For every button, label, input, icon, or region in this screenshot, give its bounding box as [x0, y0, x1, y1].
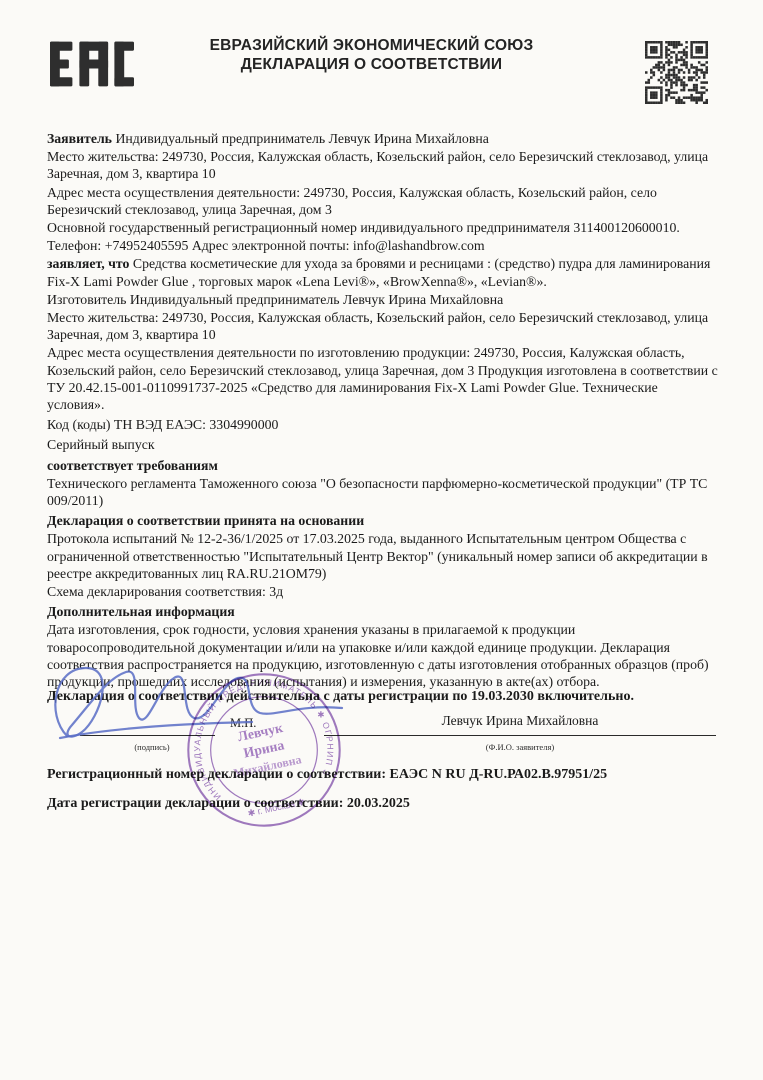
- qr-code-icon: [645, 41, 708, 104]
- body-paragraph: Дополнительная информация: [47, 603, 718, 620]
- body-paragraph: Технического регламента Таможенного союз…: [47, 475, 718, 509]
- registration-date-line: Дата регистрации декларации о соответств…: [47, 795, 718, 813]
- fio-caption: (Ф.И.О. заявителя): [324, 738, 716, 756]
- body-paragraph: Схема декларирования соответствия: 3д: [47, 583, 718, 600]
- eac-mark-icon: [50, 33, 134, 95]
- registration-number-line: Регистрационный номер декларации о соотв…: [47, 766, 718, 784]
- fio-line: [324, 735, 716, 736]
- body-paragraph: Адрес места осуществления деятельности п…: [47, 344, 718, 413]
- body-paragraph: Место жительства: 249730, Россия, Калужс…: [47, 148, 718, 182]
- body-text: Заявитель Индивидуальный предприниматель…: [47, 130, 718, 691]
- doc-type-title: ДЕКЛАРАЦИЯ О СООТВЕТСТВИИ: [140, 55, 603, 74]
- body-paragraph: Дата изготовления, срок годности, услови…: [47, 621, 718, 690]
- signature-row: М.П. (подпись) Левчук Ирина Михайловна (…: [47, 708, 718, 756]
- body-paragraph: Декларация о соответствии принята на осн…: [47, 512, 718, 529]
- body-paragraph: Изготовитель Индивидуальный предпринимат…: [47, 291, 718, 308]
- declaration-page: ЕВРАЗИЙСКИЙ ЭКОНОМИЧЕСКИЙ СОЮЗ ДЕКЛАРАЦИ…: [0, 0, 763, 1080]
- body-paragraph: Основной государственный регистрационный…: [47, 219, 718, 236]
- body-paragraph: Серийный выпуск: [47, 436, 718, 453]
- mp-label: М.П.: [230, 714, 256, 732]
- union-title: ЕВРАЗИЙСКИЙ ЭКОНОМИЧЕСКИЙ СОЮЗ: [140, 36, 603, 55]
- body-paragraph: заявляет, что Средства косметические для…: [47, 255, 718, 289]
- body-paragraph: Код (коды) ТН ВЭД ЕАЭС: 3304990000: [47, 416, 718, 433]
- body-paragraph: Адрес места осуществления деятельности: …: [47, 184, 718, 218]
- bottom-block: Декларация о соответствии действительна …: [47, 688, 718, 813]
- body-paragraph: Телефон: +74952405595 Адрес электронной …: [47, 237, 718, 254]
- body-paragraph: соответствует требованиям: [47, 457, 718, 474]
- body-paragraph: Заявитель Индивидуальный предприниматель…: [47, 130, 718, 147]
- document-title: ЕВРАЗИЙСКИЙ ЭКОНОМИЧЕСКИЙ СОЮЗ ДЕКЛАРАЦИ…: [140, 36, 603, 74]
- validity-line: Декларация о соответствии действительна …: [47, 688, 718, 706]
- body-paragraph: Место жительства: 249730, Россия, Калужс…: [47, 309, 718, 343]
- body-paragraph: Протокола испытаний № 12-2-36/1/2025 от …: [47, 530, 718, 582]
- applicant-name: Левчук Ирина Михайловна: [324, 712, 716, 730]
- signature-caption: (подпись): [102, 738, 202, 756]
- signature-line: [80, 735, 215, 736]
